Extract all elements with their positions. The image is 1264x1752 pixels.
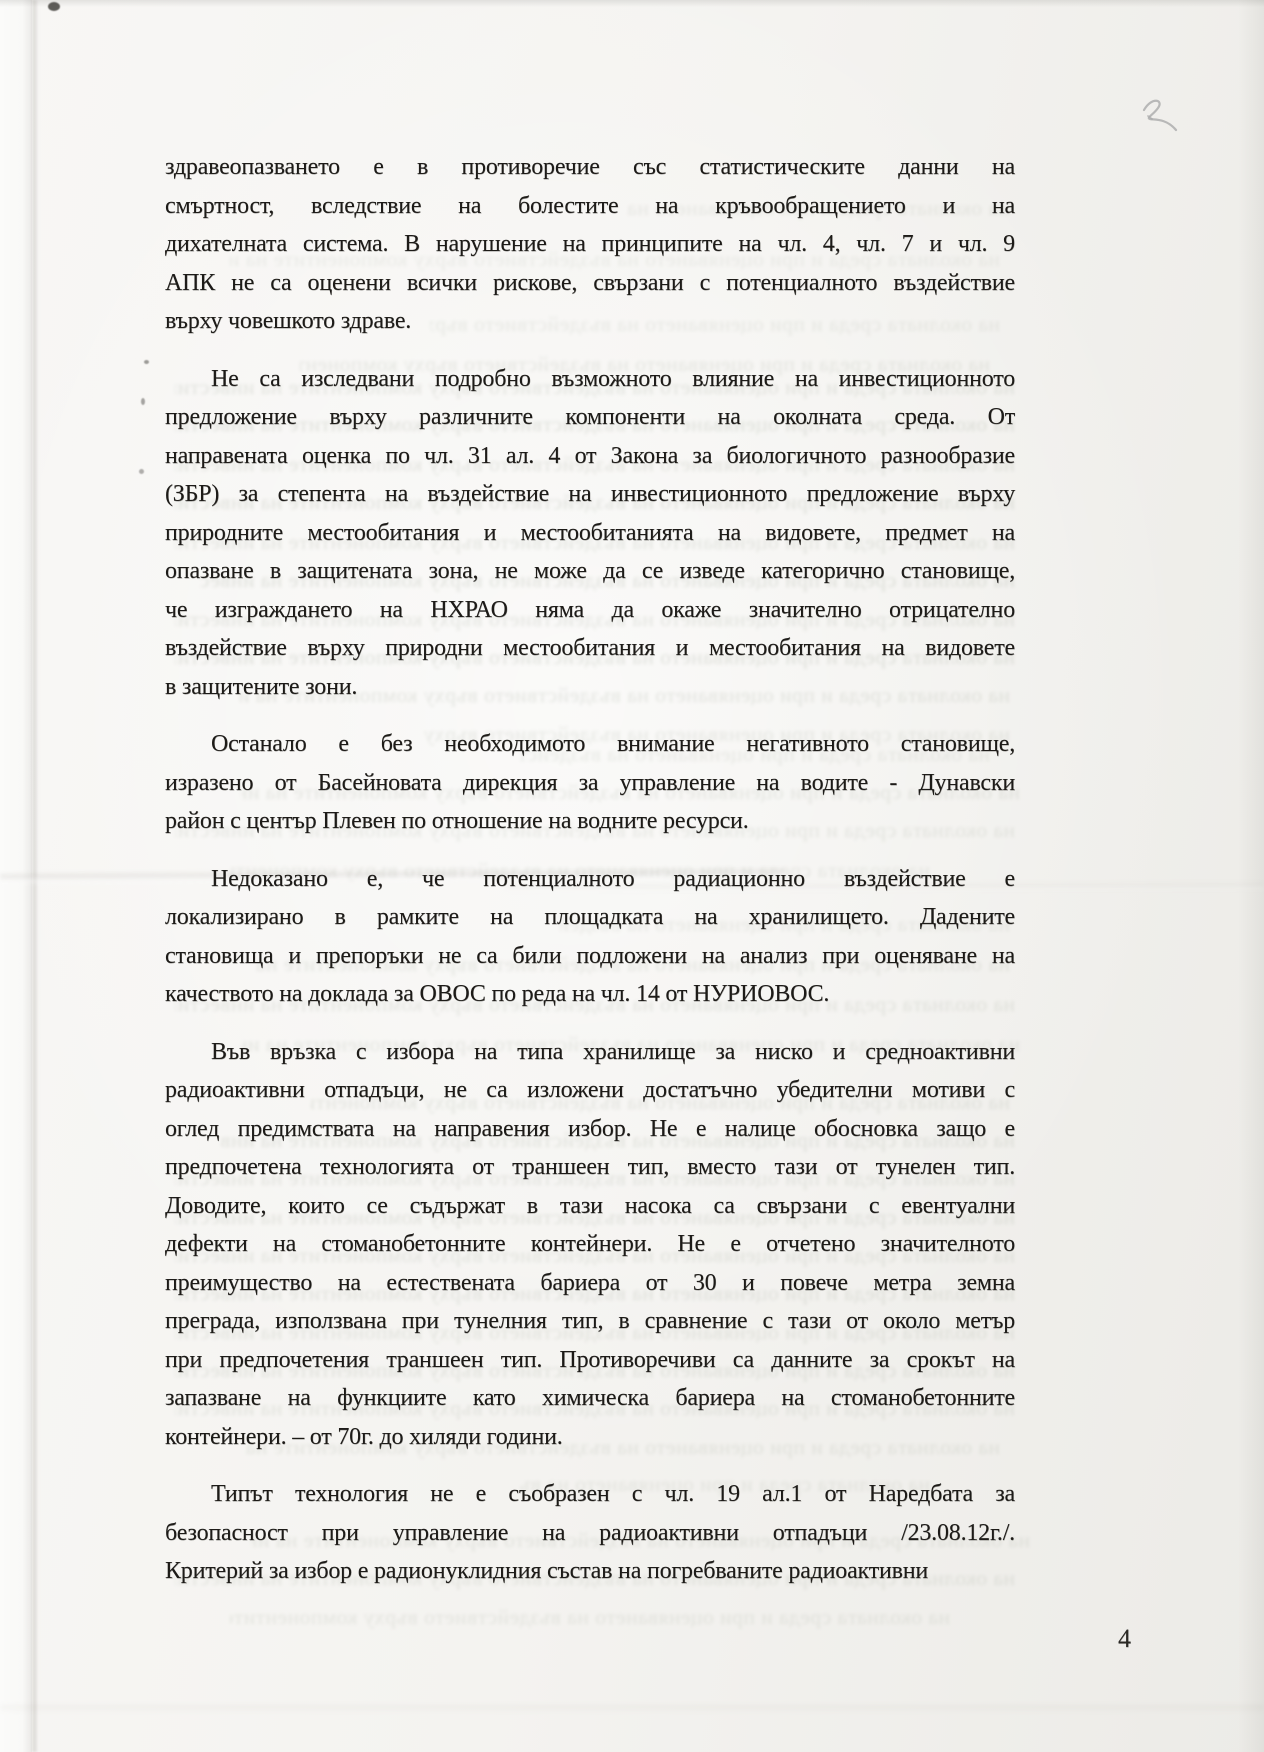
text-line: становища и препоръки не са били подложе… [165,937,1015,976]
document-text: здравеопазването е в противоречие със ст… [165,148,1015,1591]
text-line: преимущество на естествената бариера от … [165,1264,1015,1303]
text-line: природните местообитания и местообитания… [165,514,1015,553]
text-line: предложение върху различните компоненти … [165,398,1015,437]
text-line: въздействие върху природни местообитания… [165,629,1015,668]
text-line: район с център Плевен по отношение на во… [165,802,1015,841]
text-line: в защитените зони. [165,668,1015,707]
paragraph: здравеопазването е в противоречие със ст… [165,148,1015,341]
ink-speck [139,469,144,474]
text-line: направената оценка по чл. 31 ал. 4 от За… [165,437,1015,476]
bleed-through-text: на околната среда и при оценяването на в… [230,1605,950,1631]
text-line: безопасност при управление на радиоактив… [165,1514,1015,1553]
text-line: Доводите, които се съдържат в тази насок… [165,1187,1015,1226]
text-line: при предпочетения траншеен тип. Противор… [165,1341,1015,1380]
text-line: че изграждането на НХРАО няма да окаже з… [165,591,1015,630]
pen-mark-icon [1136,88,1192,144]
text-line: Не са изследвани подробно възможното вли… [165,360,1015,399]
text-line: дихателната система. В нарушение на прин… [165,225,1015,264]
text-line: предпочетена технологията от траншеен ти… [165,1148,1015,1187]
text-line: дефекти на стоманобетонните контейнери. … [165,1225,1015,1264]
scanner-edge-right [1238,0,1264,1752]
text-line: АПК не са оценени всички рискове, свърза… [165,264,1015,303]
text-line: здравеопазването е в противоречие със ст… [165,148,1015,187]
ink-speck [144,360,149,364]
scanned-page: на околната среда и при оценяването на в… [0,0,1264,1752]
text-line: Критерий за избор е радионуклидния съста… [165,1552,1015,1591]
ink-speck [48,2,60,11]
text-line: преграда, използвана при тунелния тип, в… [165,1302,1015,1341]
paragraph: Типът технология не е съобразен с чл. 19… [165,1475,1015,1591]
text-line: качеството на доклада за ОВОС по реда на… [165,975,1015,1014]
text-line: (ЗБР) за степента на въздействие на инве… [165,475,1015,514]
paper-crease [0,1705,1264,1713]
page-number: 4 [1118,1624,1131,1654]
text-line: опазване в защитената зона, не може да с… [165,552,1015,591]
paragraph: Не са изследвани подробно възможното вли… [165,360,1015,707]
text-line: Останало е без необходимото внимание нег… [165,725,1015,764]
ink-speck [141,398,145,405]
paragraph: Недоказано е, че потенциалното радиацион… [165,860,1015,1014]
text-line: върху човешкото здраве. [165,302,1015,341]
text-line: запазване на функциите като химическа ба… [165,1379,1015,1418]
text-line: смъртност, вследствие на болестите на кр… [165,187,1015,226]
paragraph: Във връзка с избора на типа хранилище за… [165,1033,1015,1457]
text-line: оглед предимствата на направения избор. … [165,1110,1015,1149]
text-line: контейнери. – от 70г. до хиляди години. [165,1418,1015,1457]
text-line: изразено от Басейновата дирекция за упра… [165,764,1015,803]
text-line: локализирано в рамките на площадката на … [165,898,1015,937]
text-line: Типът технология не е съобразен с чл. 19… [165,1475,1015,1514]
text-line: Недоказано е, че потенциалното радиацион… [165,860,1015,899]
text-line: радиоактивни отпадъци, не са изложени до… [165,1071,1015,1110]
text-line: Във връзка с избора на типа хранилище за… [165,1033,1015,1072]
paragraph: Останало е без необходимото внимание нег… [165,725,1015,841]
scanner-edge-top [0,0,1264,7]
